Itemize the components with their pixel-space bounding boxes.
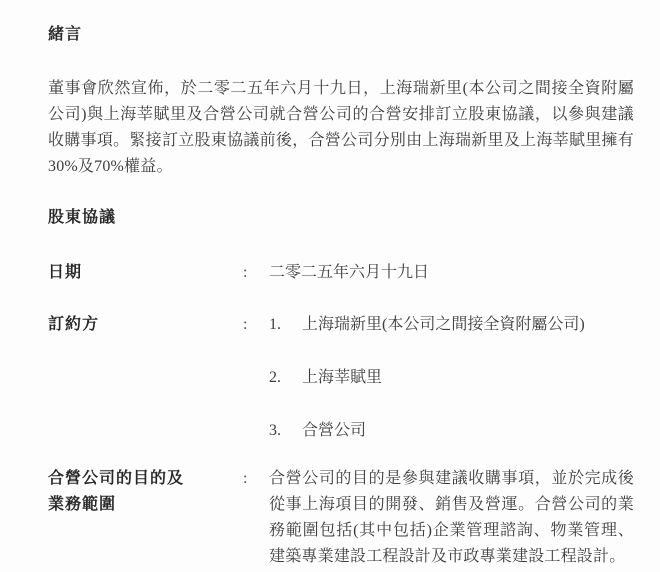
intro-paragraph: 董事會欣然宣佈，於二零二五年六月十九日，上海瑞新里(本公司之間接全資附屬公司)與… bbox=[48, 76, 634, 180]
party-item-1: 1. 上海瑞新里(本公司之間接全資附屬公司) bbox=[269, 312, 634, 338]
party-item-number: 3. bbox=[269, 418, 302, 444]
announcement-document: 緒言 董事會欣然宣佈，於二零二五年六月十九日，上海瑞新里(本公司之間接全資附屬公… bbox=[0, 0, 660, 572]
purpose-value: 合營公司的目的是參與建議收購事項，並於完成後從事上海項目的開發、銷售及營運。合營… bbox=[269, 466, 634, 570]
agreement-row-date: 日期 : 二零二五年六月十九日 bbox=[48, 260, 634, 286]
date-label: 日期 bbox=[48, 260, 243, 286]
purpose-label: 合營公司的目的及 業務範圍 bbox=[48, 466, 243, 518]
party-item-text: 合營公司 bbox=[302, 418, 634, 444]
party-item-text: 上海瑞新里(本公司之間接全資附屬公司) bbox=[302, 312, 634, 338]
parties-list: 1. 上海瑞新里(本公司之間接全資附屬公司) 2. 上海莘賦里 3. 合營公司 bbox=[269, 312, 634, 444]
purpose-separator: : bbox=[243, 466, 269, 492]
agreement-row-parties: 訂約方 : 1. 上海瑞新里(本公司之間接全資附屬公司) 2. 上海莘賦里 3.… bbox=[48, 312, 634, 444]
section-heading-shareholders-agreement: 股東協議 bbox=[48, 208, 634, 228]
date-value: 二零二五年六月十九日 bbox=[269, 260, 634, 286]
date-separator: : bbox=[243, 260, 269, 286]
party-item-number: 2. bbox=[269, 365, 302, 391]
section-heading-introduction: 緒言 bbox=[48, 25, 634, 45]
party-item-number: 1. bbox=[269, 312, 302, 338]
party-item-3: 3. 合營公司 bbox=[269, 418, 634, 444]
parties-label: 訂約方 bbox=[48, 312, 243, 338]
parties-separator: : bbox=[243, 312, 269, 338]
party-item-2: 2. 上海莘賦里 bbox=[269, 365, 634, 391]
agreement-row-purpose-and-scope: 合營公司的目的及 業務範圍 : 合營公司的目的是參與建議收購事項，並於完成後從事… bbox=[48, 466, 634, 570]
agreement-table: 日期 : 二零二五年六月十九日 訂約方 : 1. 上海瑞新里(本公司之間接全資附… bbox=[48, 260, 634, 570]
party-item-text: 上海莘賦里 bbox=[302, 365, 634, 391]
